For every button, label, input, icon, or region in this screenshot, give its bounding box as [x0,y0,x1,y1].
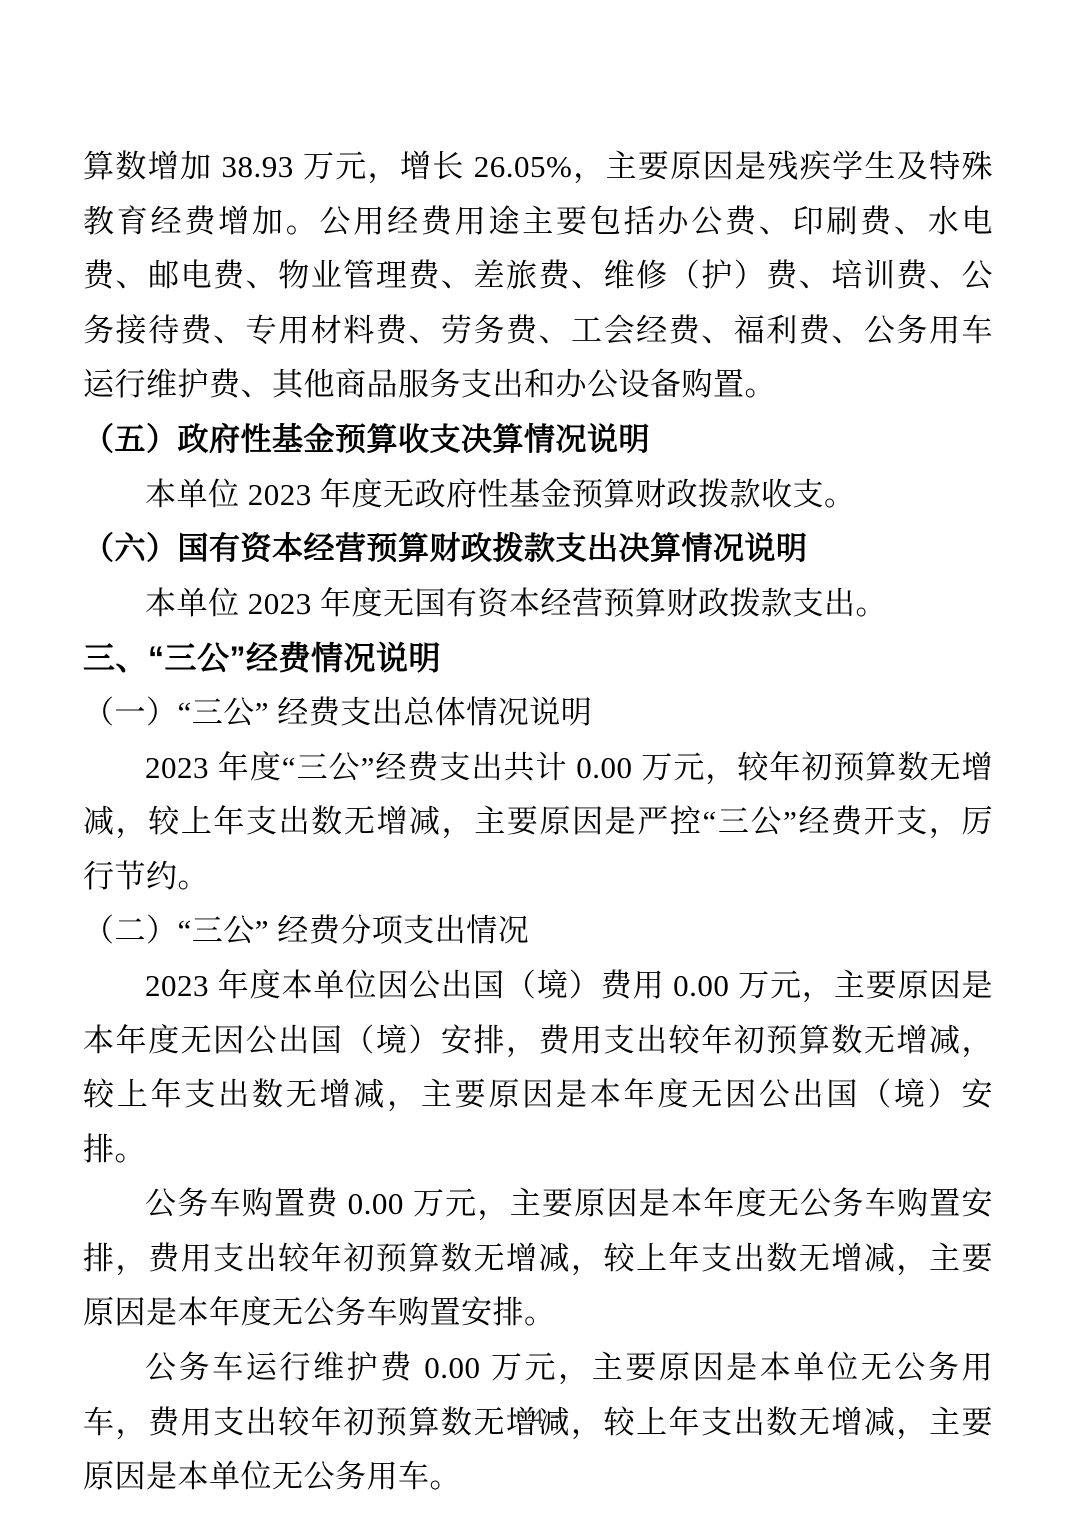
paragraph-section-5: 本单位 2023 年度无政府性基金预算财政拨款收支。 [83,468,993,523]
heading-section-5: （五）政府性基金预算收支决算情况说明 [83,413,993,468]
heading-subsection-1: （一）“三公” 经费支出总体情况说明 [83,686,993,741]
heading-subsection-2: （二）“三公” 经费分项支出情况 [83,904,993,959]
document-body: 算数增加 38.93 万元，增长 26.05%，主要原因是残疾学生及特殊教育经费… [83,140,993,1505]
heading-section-6: （六）国有资本经营预算财政拨款支出决算情况说明 [83,522,993,577]
paragraph-vehicle-purchase-expense: 公务车购置费 0.00 万元，主要原因是本年度无公务车购置安排，费用支出较年初预… [83,1177,993,1341]
paragraph-subsection-1-overall: 2023 年度“三公”经费支出共计 0.00 万元，较年初预算数无增减，较上年支… [83,741,993,905]
page-number: － 4 － [0,1402,1075,1432]
paragraph-overseas-travel-expense: 2023 年度本单位因公出国（境）费用 0.00 万元，主要原因是本年度无因公出… [83,959,993,1177]
paragraph-public-expense-continuation: 算数增加 38.93 万元，增长 26.05%，主要原因是残疾学生及特殊教育经费… [83,140,993,413]
heading-part-3-three-public-funds: 三、“三公”经费情况说明 [83,631,993,686]
paragraph-section-6: 本单位 2023 年度无国有资本经营预算财政拨款支出。 [83,577,993,632]
document-page: 算数增加 38.93 万元，增长 26.05%，主要原因是残疾学生及特殊教育经费… [0,0,1075,1520]
